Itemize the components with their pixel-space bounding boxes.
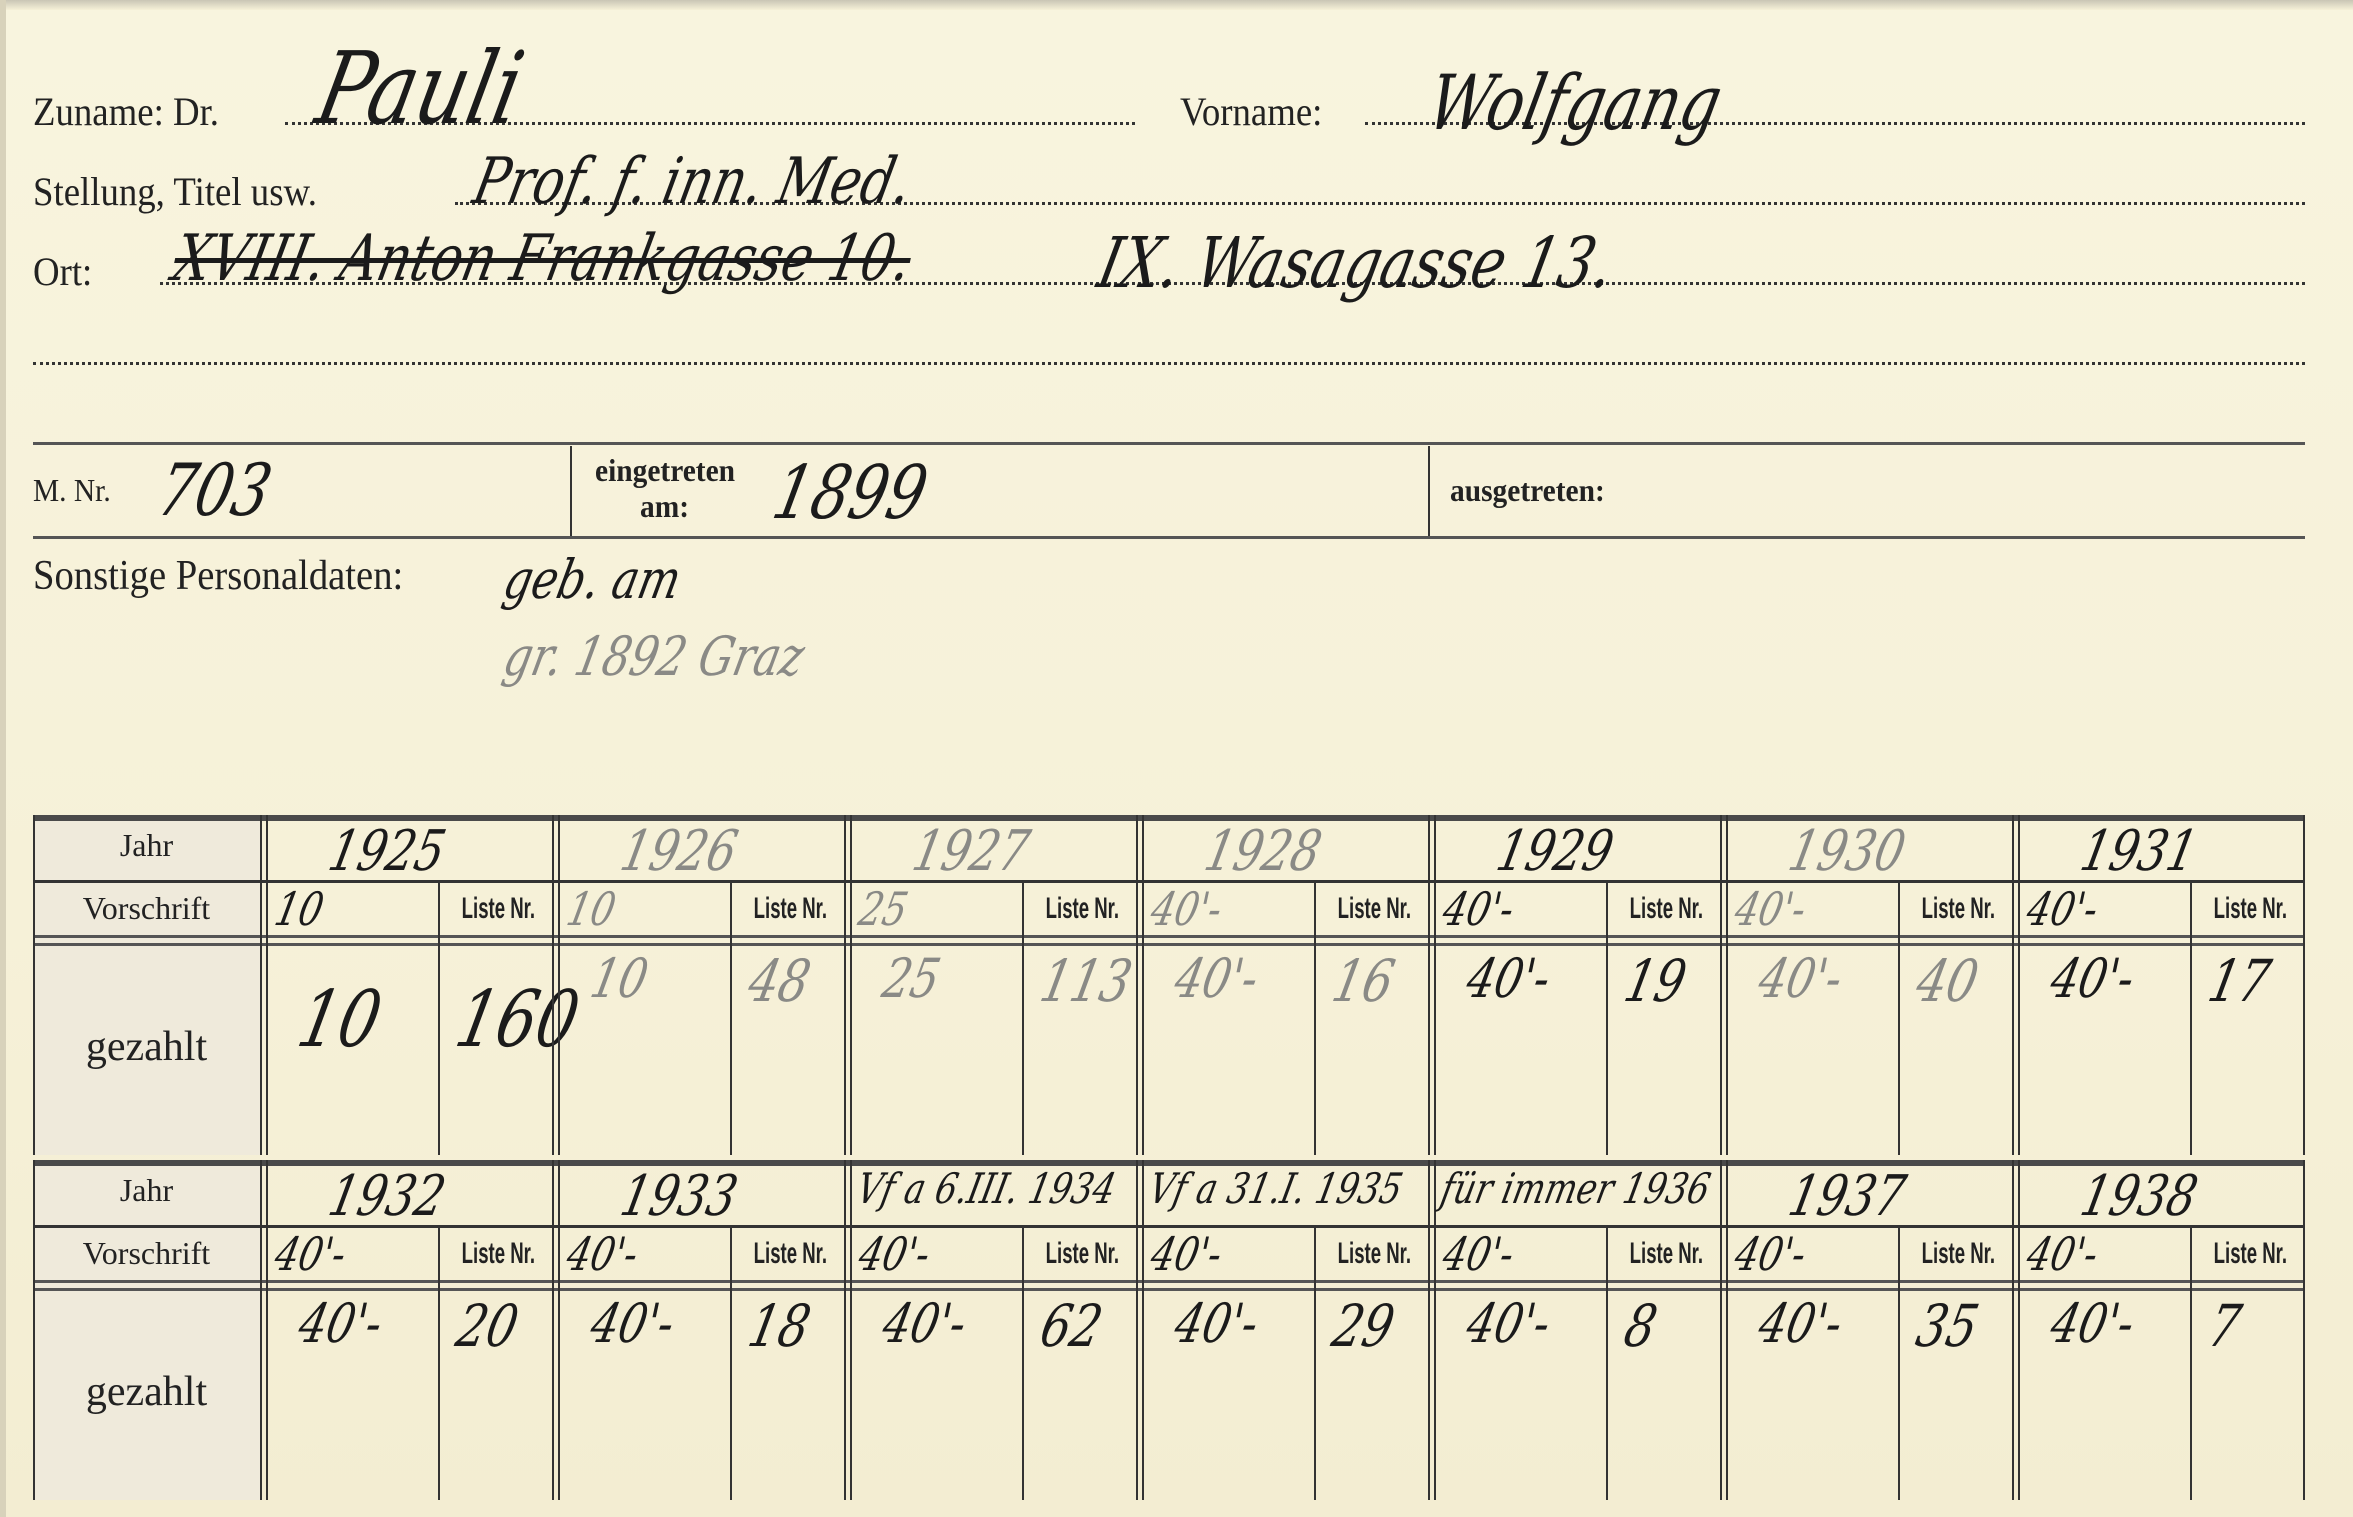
liste-column-divider bbox=[1606, 880, 1608, 1155]
gezahlt-cell: 40'- bbox=[1461, 947, 1556, 1010]
liste-nr-cell: 16 bbox=[1327, 947, 1401, 1015]
gezahlt-cell: 40'- bbox=[1753, 947, 1848, 1010]
vorschrift-row-rule-double bbox=[33, 943, 2305, 946]
liste-column-divider bbox=[1314, 1225, 1316, 1500]
ort-label: Ort: bbox=[33, 248, 92, 295]
liste-column-divider bbox=[1022, 1225, 1024, 1500]
mnr-label: M. Nr. bbox=[33, 472, 111, 509]
liste-nr-cell: 48 bbox=[743, 947, 817, 1015]
vorschrift-row-rule-double bbox=[33, 1288, 2305, 1291]
gezahlt-cell: 40'- bbox=[2045, 947, 2140, 1010]
row-label-jahr: Jahr bbox=[33, 1172, 260, 1209]
liste-nr-cell: 20 bbox=[451, 1292, 525, 1360]
year-column-divider bbox=[552, 815, 560, 1155]
vorschrift-cell: 25 bbox=[854, 882, 912, 936]
year-column-divider bbox=[1136, 815, 1144, 1155]
zuname-value: Pauli bbox=[308, 30, 533, 147]
ort-struck-value: XVIII. Anton Frankgasse 10. bbox=[167, 222, 918, 296]
liste-nr-cell: 29 bbox=[1327, 1292, 1401, 1360]
row-label-column bbox=[33, 1160, 260, 1500]
row-label-gezahlt: gezahlt bbox=[33, 1368, 260, 1416]
liste-nr-label: Liste Nr. bbox=[754, 892, 825, 926]
liste-nr-cell: 8 bbox=[1619, 1292, 1663, 1360]
ausgetreten-label: ausgetreten: bbox=[1450, 472, 1605, 509]
year-column-divider bbox=[1720, 1160, 1728, 1500]
year-cell: 1931 bbox=[2075, 819, 2203, 884]
year-column-divider bbox=[1428, 815, 1436, 1155]
year-cell: 1928 bbox=[1199, 819, 1327, 884]
liste-column-divider bbox=[1898, 880, 1900, 1155]
stellung-label: Stellung, Titel usw. bbox=[33, 168, 317, 215]
year-column-divider bbox=[552, 1160, 560, 1500]
vorschrift-cell: 40'- bbox=[1438, 882, 1519, 936]
payment-table-1: JahrVorschriftgezahlt192510Liste Nr.1016… bbox=[33, 815, 2305, 1155]
gezahlt-cell: 10 bbox=[585, 947, 653, 1010]
vorschrift-cell: 40'- bbox=[1146, 882, 1227, 936]
year-cell: 1927 bbox=[907, 819, 1035, 884]
liste-nr-cell: 160 bbox=[448, 975, 586, 1065]
vorschrift-cell: 40'- bbox=[1438, 1227, 1519, 1281]
liste-column-divider bbox=[438, 1225, 440, 1500]
liste-nr-label: Liste Nr. bbox=[462, 892, 533, 926]
vorschrift-cell: 40'- bbox=[562, 1227, 643, 1281]
liste-nr-label: Liste Nr. bbox=[1338, 892, 1409, 926]
liste-nr-label: Liste Nr. bbox=[1630, 1237, 1701, 1271]
stellung-value: Prof. f. inn. Med. bbox=[467, 145, 918, 219]
mnr-value: 703 bbox=[151, 448, 279, 532]
liste-nr-cell: 62 bbox=[1035, 1292, 1109, 1360]
year-cell: 1926 bbox=[615, 819, 743, 884]
year-cell: Vf a 6.III. 1934 bbox=[853, 1164, 1120, 1213]
row-label-jahr: Jahr bbox=[33, 827, 260, 864]
year-cell: 1938 bbox=[2075, 1164, 2203, 1229]
mnr-top-rule bbox=[33, 442, 2305, 445]
year-cell: 1933 bbox=[615, 1164, 743, 1229]
year-column-divider bbox=[1428, 1160, 1436, 1500]
liste-nr-label: Liste Nr. bbox=[1046, 1237, 1117, 1271]
liste-nr-label: Liste Nr. bbox=[2214, 892, 2285, 926]
liste-nr-label: Liste Nr. bbox=[1338, 1237, 1409, 1271]
year-column-divider bbox=[2012, 1160, 2020, 1500]
gezahlt-cell: 40'- bbox=[1753, 1292, 1848, 1355]
gezahlt-cell: 40'- bbox=[2045, 1292, 2140, 1355]
gezahlt-cell: 10 bbox=[290, 975, 389, 1065]
liste-column-divider bbox=[1314, 880, 1316, 1155]
liste-nr-label: Liste Nr. bbox=[1630, 892, 1701, 926]
liste-nr-label: Liste Nr. bbox=[1046, 892, 1117, 926]
eingetreten-value: 1899 bbox=[766, 450, 935, 536]
scan-top-edge bbox=[0, 0, 2353, 10]
membership-card: Zuname: Dr. Pauli Vorname: Wolfgang Stel… bbox=[0, 0, 2353, 1517]
row-label-gezahlt: gezahlt bbox=[33, 1023, 260, 1071]
row-label-vorschrift: Vorschrift bbox=[33, 890, 260, 927]
gezahlt-cell: 40'- bbox=[293, 1292, 388, 1355]
table-left-border bbox=[33, 815, 35, 1155]
year-column-divider bbox=[260, 815, 268, 1155]
liste-nr-cell: 17 bbox=[2203, 947, 2277, 1015]
year-cell: 1932 bbox=[323, 1164, 451, 1229]
mnr-bottom-rule bbox=[33, 536, 2305, 539]
liste-nr-label: Liste Nr. bbox=[1922, 1237, 1993, 1271]
gezahlt-cell: 40'- bbox=[1461, 1292, 1556, 1355]
liste-column-divider bbox=[1898, 1225, 1900, 1500]
year-cell: 1929 bbox=[1491, 819, 1619, 884]
year-column-divider bbox=[844, 815, 852, 1155]
year-column-divider bbox=[2012, 815, 2020, 1155]
gezahlt-cell: 40'- bbox=[1169, 947, 1264, 1010]
year-column-divider bbox=[1136, 1160, 1144, 1500]
sonstige-line2: gr. 1892 Graz bbox=[498, 625, 810, 688]
table-right-border bbox=[2303, 1160, 2305, 1500]
liste-column-divider bbox=[2190, 1225, 2192, 1500]
mnr-divider bbox=[570, 446, 572, 536]
vorschrift-cell: 10 bbox=[562, 882, 620, 936]
liste-nr-label: Liste Nr. bbox=[2214, 1237, 2285, 1271]
scan-left-edge bbox=[0, 0, 6, 1517]
liste-column-divider bbox=[730, 880, 732, 1155]
liste-column-divider bbox=[730, 1225, 732, 1500]
year-column-divider bbox=[1720, 815, 1728, 1155]
blank-line bbox=[33, 362, 2305, 365]
ort-value: IX. Wasagasse 13. bbox=[1091, 222, 1621, 304]
liste-nr-label: Liste Nr. bbox=[1922, 892, 1993, 926]
table-left-border bbox=[33, 1160, 35, 1500]
year-cell: 1937 bbox=[1783, 1164, 1911, 1229]
sonstige-line1: geb. am bbox=[498, 548, 686, 611]
vorschrift-cell: 40'- bbox=[854, 1227, 935, 1281]
vorschrift-cell: 40'- bbox=[2022, 882, 2103, 936]
sonstige-label: Sonstige Personaldaten: bbox=[33, 552, 403, 600]
payment-table-2: JahrVorschriftgezahlt193240'-Liste Nr.40… bbox=[33, 1160, 2305, 1500]
year-cell: 1925 bbox=[323, 819, 451, 884]
liste-nr-cell: 35 bbox=[1911, 1292, 1985, 1360]
row-label-vorschrift: Vorschrift bbox=[33, 1235, 260, 1272]
gezahlt-cell: 25 bbox=[877, 947, 945, 1010]
liste-column-divider bbox=[1022, 880, 1024, 1155]
year-cell: für immer 1936 bbox=[1437, 1164, 1715, 1213]
liste-nr-cell: 19 bbox=[1619, 947, 1693, 1015]
liste-nr-cell: 7 bbox=[2203, 1292, 2247, 1360]
vorschrift-cell: 40'- bbox=[1730, 882, 1811, 936]
liste-column-divider bbox=[438, 880, 440, 1155]
year-column-divider bbox=[260, 1160, 268, 1500]
gezahlt-cell: 40'- bbox=[877, 1292, 972, 1355]
row-label-column bbox=[33, 815, 260, 1155]
year-cell: Vf a 31.I. 1935 bbox=[1145, 1164, 1407, 1213]
year-cell: 1930 bbox=[1783, 819, 1911, 884]
liste-nr-cell: 18 bbox=[743, 1292, 817, 1360]
eingetreten-label: eingetreten bbox=[595, 452, 735, 489]
vorschrift-cell: 40'- bbox=[1146, 1227, 1227, 1281]
gezahlt-cell: 40'- bbox=[585, 1292, 680, 1355]
vorname-label: Vorname: bbox=[1180, 88, 1322, 135]
liste-column-divider bbox=[1606, 1225, 1608, 1500]
liste-nr-cell: 113 bbox=[1035, 947, 1138, 1015]
vorschrift-cell: 40'- bbox=[2022, 1227, 2103, 1281]
eingetreten-divider bbox=[1428, 446, 1430, 536]
year-column-divider bbox=[844, 1160, 852, 1500]
vorschrift-cell: 40'- bbox=[1730, 1227, 1811, 1281]
gezahlt-cell: 40'- bbox=[1169, 1292, 1264, 1355]
vorname-value: Wolfgang bbox=[1421, 58, 1730, 147]
vorschrift-cell: 40'- bbox=[270, 1227, 351, 1281]
zuname-label: Zuname: Dr. bbox=[33, 88, 219, 135]
eingetreten-am-label: am: bbox=[640, 488, 689, 525]
liste-nr-label: Liste Nr. bbox=[462, 1237, 533, 1271]
liste-column-divider bbox=[2190, 880, 2192, 1155]
liste-nr-label: Liste Nr. bbox=[754, 1237, 825, 1271]
liste-nr-cell: 40 bbox=[1911, 947, 1985, 1015]
table-right-border bbox=[2303, 815, 2305, 1155]
vorschrift-cell: 10 bbox=[270, 882, 328, 936]
